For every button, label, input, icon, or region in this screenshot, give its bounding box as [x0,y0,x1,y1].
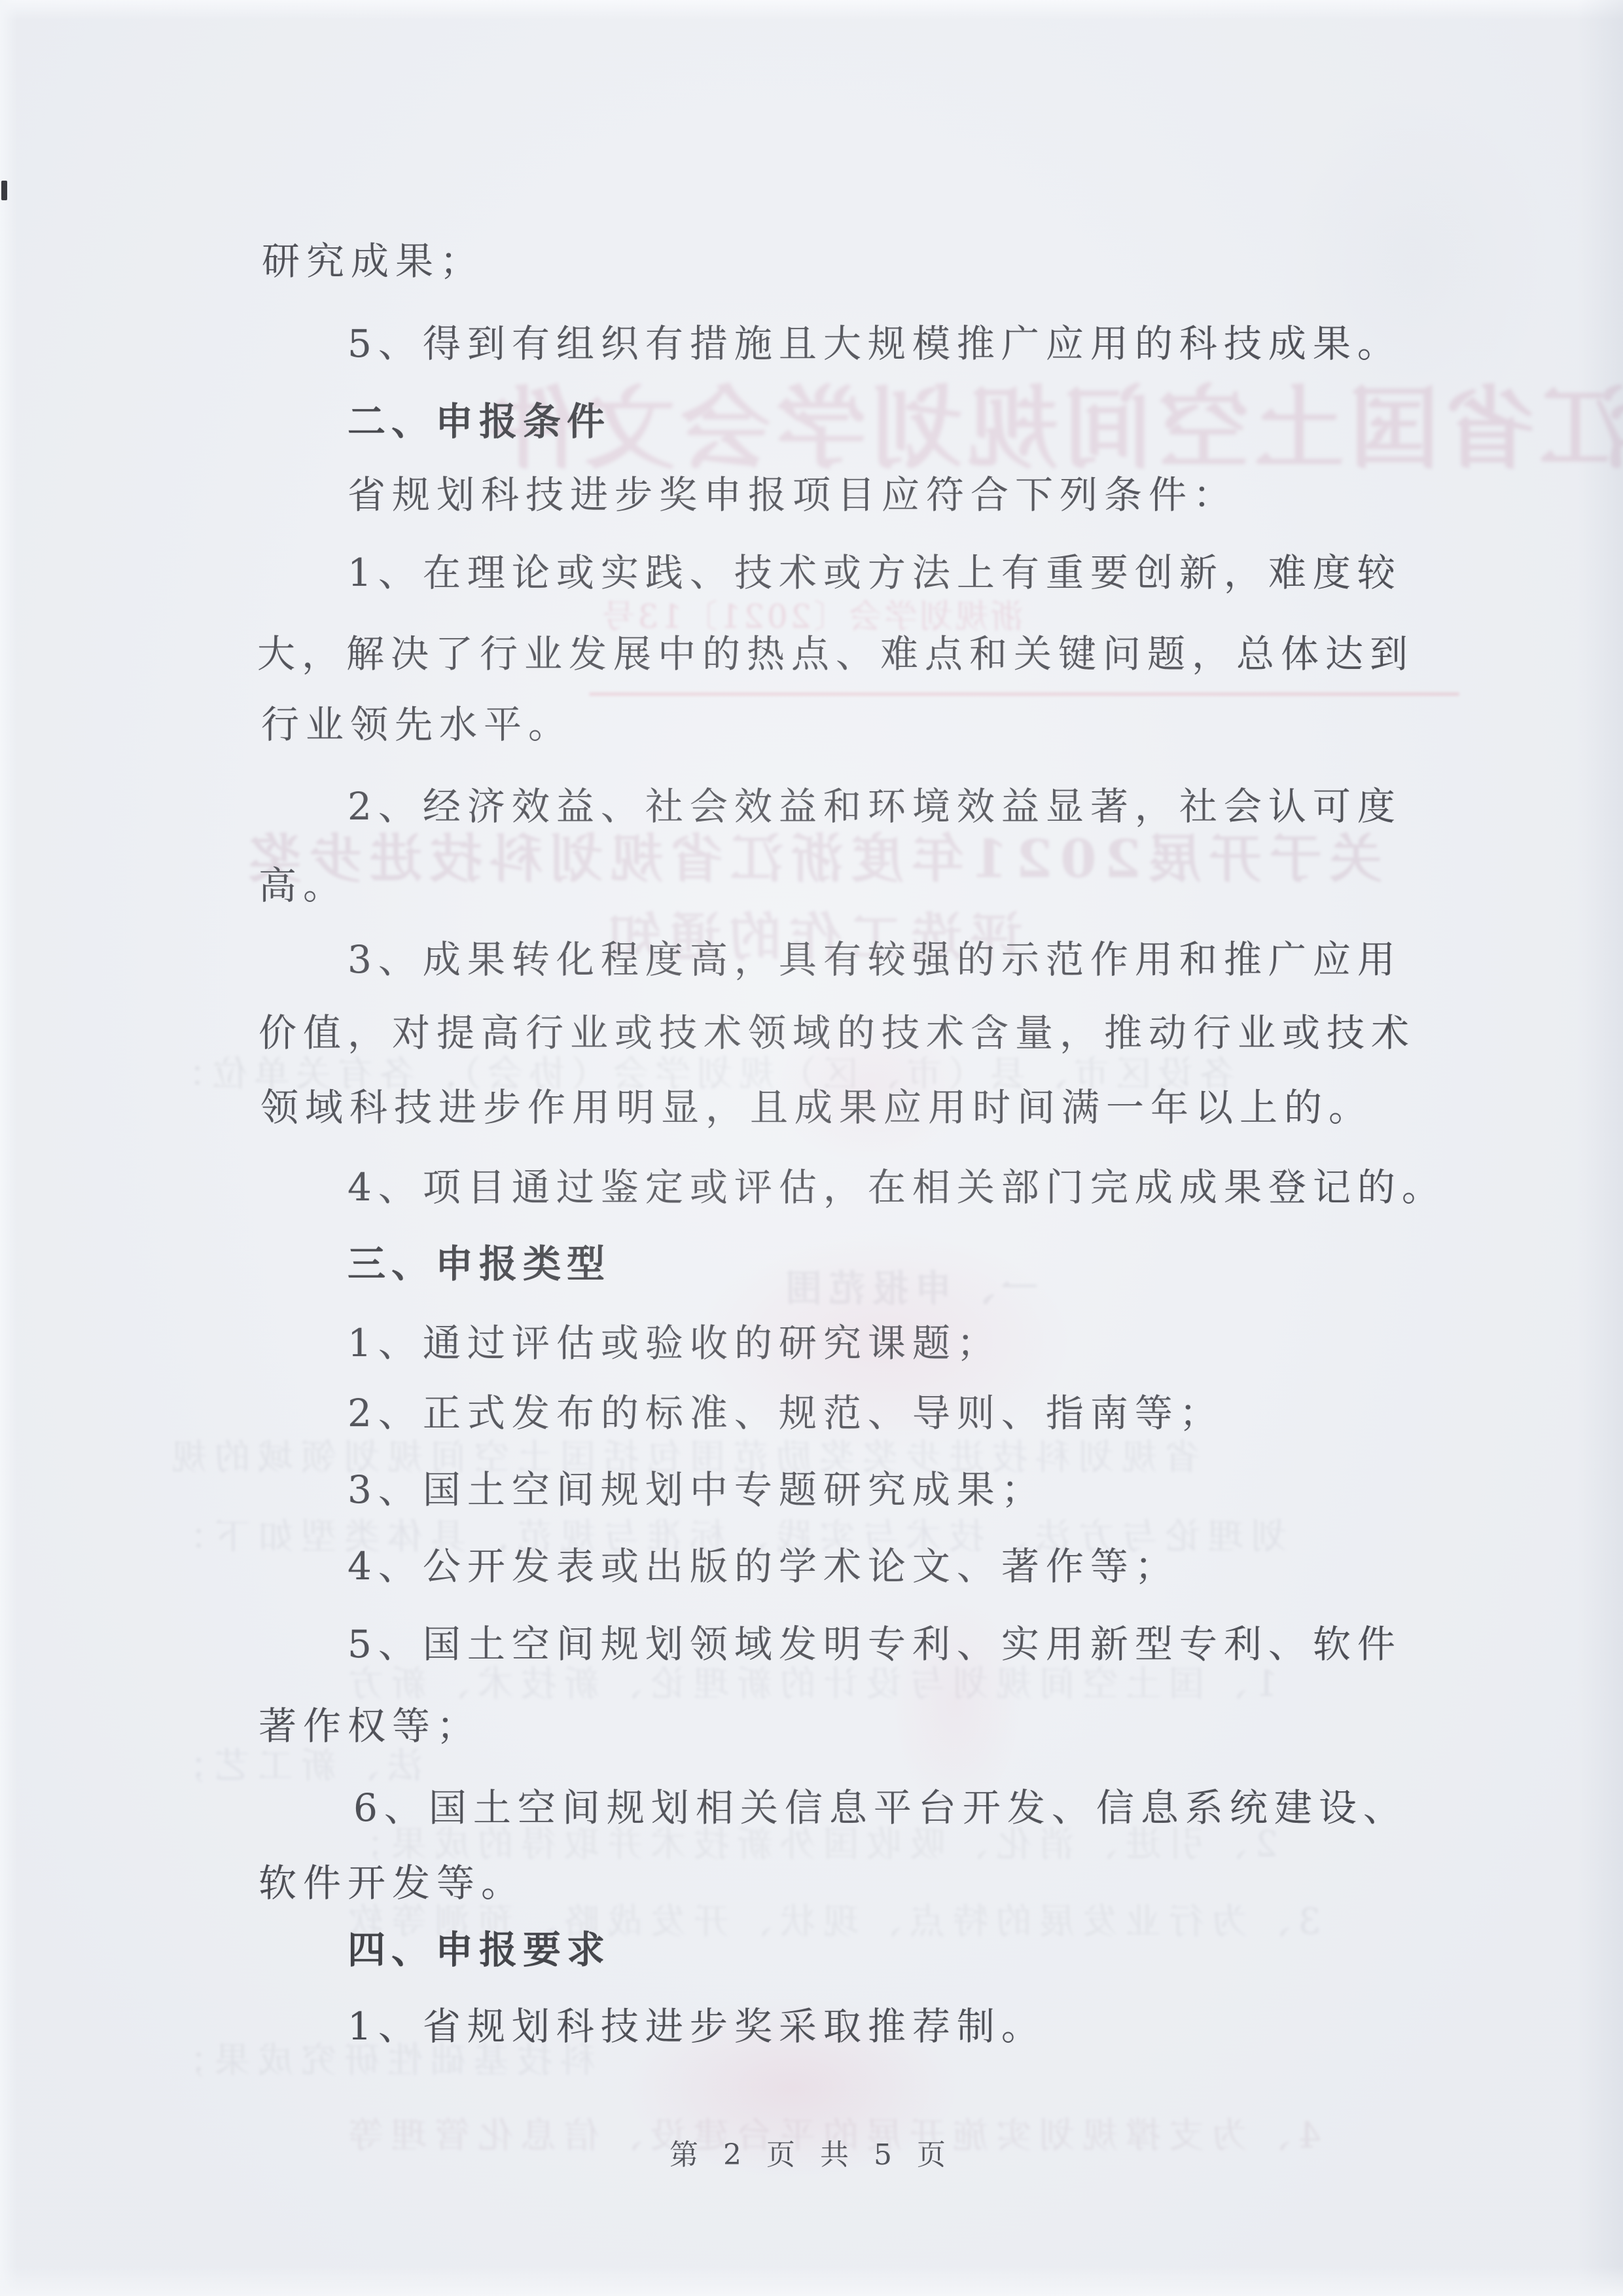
section-heading: 四、申报要求 [348,1919,611,1974]
text-line: 软件开发等。 [259,1852,526,1907]
text-line: 研究成果； [262,230,484,285]
text-line: 2、经济效益、社会效益和环境效益显著，社会认可度 [348,776,1402,831]
text-line: 大，解决了行业发展中的热点、难点和关键问题，总体达到 [257,623,1414,678]
text-line: 6、国土空间规划相关信息平台开发、信息系统建设、 [353,1777,1408,1832]
section-heading: 三、申报类型 [348,1233,611,1288]
text-line: 1、省规划科技进步奖采取推荐制。 [348,1996,1046,2051]
page-number-footer: 第 2 页 共 5 页 [0,2131,1623,2173]
scanned-document-page: 浙江省国土空间规划学会文件浙规划学会〔2021〕13号关于开展2021年度浙江省… [0,0,1623,2296]
text-line: 行业领先水平。 [261,694,573,749]
text-line: 3、成果转化程度高，具有较强的示范作用和推广应用 [348,929,1402,984]
section-heading: 二、申报条件 [348,391,611,446]
text-line: 领域科技进步作用明显，且成果应用时间满一年以上的。 [260,1077,1373,1132]
text-line: 5、得到有组织有措施且大规模推广应用的科技成果。 [348,313,1402,368]
text-layer: 研究成果；5、得到有组织有措施且大规模推广应用的科技成果。二、申报条件省规划科技… [0,0,1623,2296]
text-line: 高。 [259,855,348,910]
text-line: 省规划科技进步奖申报项目应符合下列条件： [348,464,1238,519]
scan-artifact-tick [1,181,7,200]
text-line: 2、正式发布的标准、规范、导则、指南等； [348,1382,1224,1437]
text-line: 1、通过评估或验收的研究课题； [348,1312,1001,1367]
text-line: 著作权等； [259,1695,481,1750]
text-line: 3、国土空间规划中专题研究成果； [348,1459,1046,1514]
text-line: 价值，对提高行业或技术领域的技术含量，推动行业或技术 [259,1002,1416,1057]
text-line: 5、国土空间规划领域发明专利、实用新型专利、软件 [348,1613,1402,1668]
text-line: 4、项目通过鉴定或评估，在相关部门完成成果登记的。 [348,1157,1446,1211]
text-line: 1、在理论或实践、技术或方法上有重要创新，难度较 [348,542,1402,597]
text-line: 4、公开发表或出版的学术论文、著作等； [348,1535,1179,1590]
